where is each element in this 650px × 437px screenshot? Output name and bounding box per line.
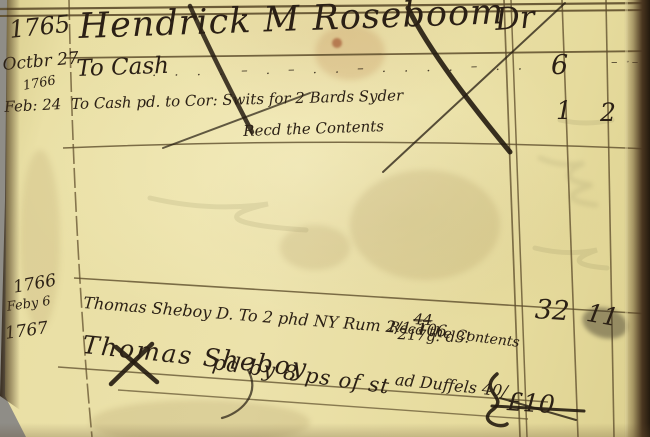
amount-figure: 1 — [556, 98, 572, 123]
page-edge-bottom-shadow — [0, 423, 650, 437]
crossed-total: £10 — [506, 389, 555, 417]
amount-figure: 11 — [585, 300, 621, 330]
ledger-page-photo: 1765 Hendrick M Roseboom Dr Octbr 27 To … — [0, 0, 650, 437]
dr-abbreviation: Dr — [494, 2, 536, 36]
amount-figure: 6 — [551, 52, 568, 79]
amount-figure: 2 — [600, 100, 616, 125]
amount-figure: 32 — [534, 296, 570, 325]
book-edge-right — [624, 0, 650, 437]
